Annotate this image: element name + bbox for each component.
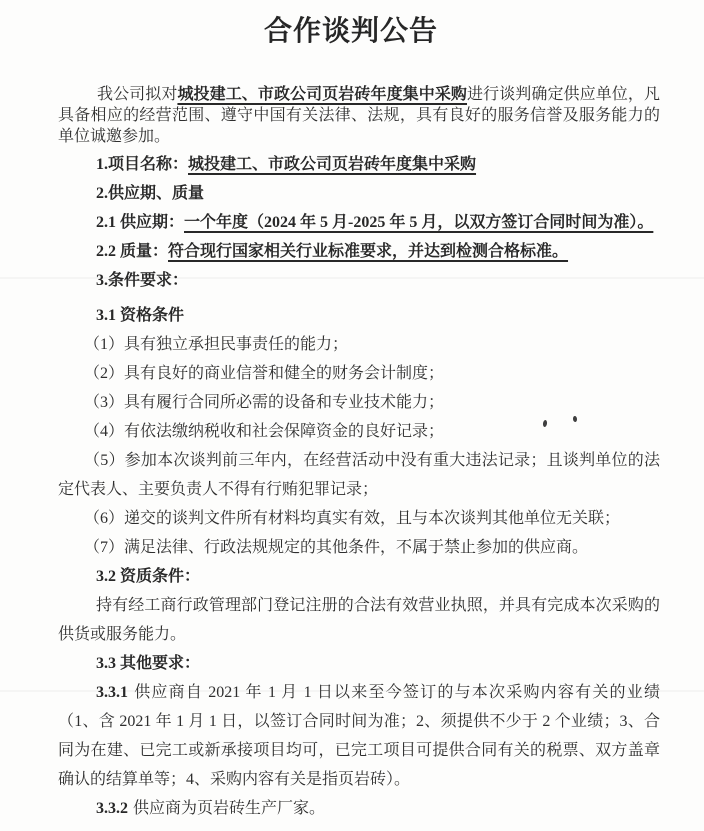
condition-item-4: （4）有依法缴纳税收和社会保障资金的良好记录； [58, 417, 660, 446]
item-quality-value: 符合现行国家相关行业标准要求，并达到检测合格标准。 [168, 243, 568, 260]
heading-credential-conditions: 3.2 资质条件： [58, 562, 660, 591]
document-title: 合作谈判公告 [58, 14, 660, 50]
intro-prefix: 我公司拟对 [97, 86, 177, 103]
item-332-text: 供应商为页岩砖生产厂家。 [133, 800, 325, 817]
scan-streak [0, 277, 704, 279]
heading-supply-quality: 2.供应期、质量 [58, 179, 660, 208]
intro-project-name: 城投建工、市政公司页岩砖年度集中采购 [177, 86, 467, 103]
document-page: 合作谈判公告 我公司拟对城投建工、市政公司页岩砖年度集中采购进行谈判确定供应单位… [0, 0, 704, 831]
item-project-value: 城投建工、市政公司页岩砖年度集中采购 [188, 156, 476, 173]
item-332-number: 3.3.2 [96, 800, 133, 817]
heading-other-requirements: 3.3 其他要求： [58, 649, 660, 678]
item-supply-period: 2.1 供应期：一个年度（2024 年 5 月-2025 年 5 月，以双方签订… [58, 208, 660, 237]
item-project-name: 1.项目名称：城投建工、市政公司页岩砖年度集中采购 [58, 150, 660, 179]
condition-item-1: （1）具有独立承担民事责任的能力； [58, 330, 660, 359]
item-supply-period-label: 2.1 供应期： [96, 214, 184, 231]
scan-streak [0, 690, 704, 692]
heading-qualification-conditions: 3.1 资格条件 [58, 301, 660, 330]
condition-item-5: （5）参加本次谈判前三年内，在经营活动中没有重大违法记录；且谈判单位的法定代表人… [58, 446, 660, 504]
intro-paragraph: 我公司拟对城投建工、市政公司页岩砖年度集中采购进行谈判确定供应单位，凡具备相应的… [58, 84, 660, 147]
document-body: 1.项目名称：城投建工、市政公司页岩砖年度集中采购 2.供应期、质量 2.1 供… [58, 150, 660, 823]
condition-item-3: （3）具有履行合同所必需的设备和专业技术能力； [58, 388, 660, 417]
credential-paragraph: 持有经工商行政管理部门登记注册的合法有效营业执照，并具有完成本次采购的供货或服务… [58, 591, 660, 649]
item-quality-label: 2.2 质量： [96, 243, 168, 260]
heading-conditions: 3.条件要求： [58, 266, 660, 295]
item-331-text: 供应商自 2021 年 1 月 1 日以来至今签订的与本次采购内容有关的业绩（1… [58, 684, 660, 788]
item-331: 3.3.1供应商自 2021 年 1 月 1 日以来至今签订的与本次采购内容有关… [58, 678, 660, 794]
condition-item-2: （2）具有良好的商业信誉和健全的财务会计制度； [58, 359, 660, 388]
item-332: 3.3.2供应商为页岩砖生产厂家。 [58, 794, 660, 823]
item-quality: 2.2 质量：符合现行国家相关行业标准要求，并达到检测合格标准。 [58, 237, 660, 266]
item-supply-period-value: 一个年度（2024 年 5 月-2025 年 5 月，以双方签订合同时间为准）。 [184, 214, 653, 231]
item-project-label: 1.项目名称： [96, 156, 188, 173]
item-331-number: 3.3.1 [96, 684, 133, 701]
condition-item-6: （6）递交的谈判文件所有材料均真实有效，且与本次谈判其他单位无关联； [58, 504, 660, 533]
condition-item-7: （7）满足法律、行政法规规定的其他条件，不属于禁止参加的供应商。 [58, 533, 660, 562]
